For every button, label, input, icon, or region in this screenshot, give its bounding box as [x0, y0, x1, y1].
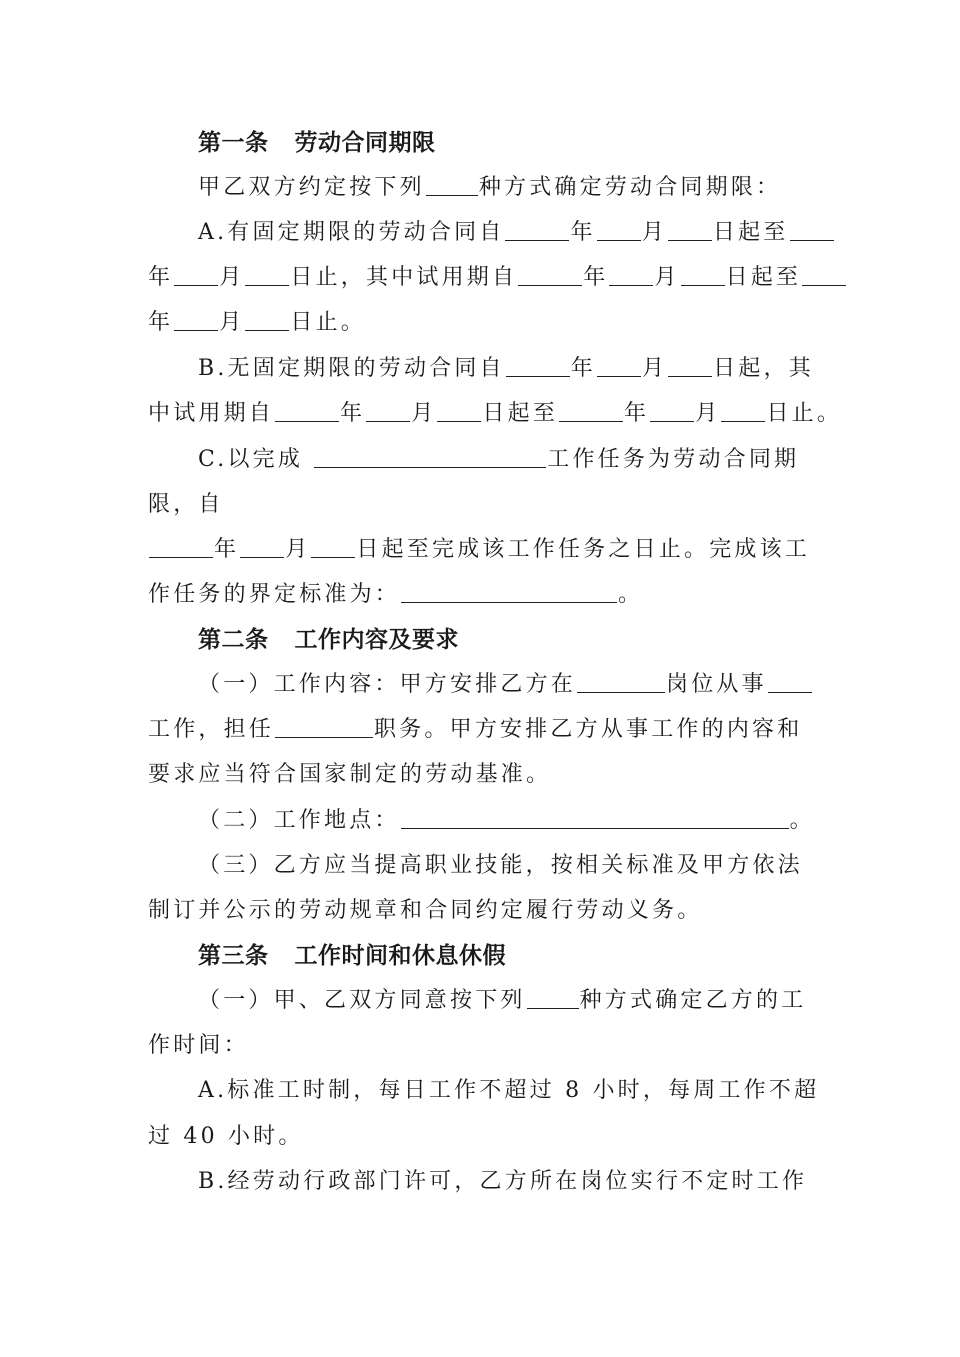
paragraph-line: 过 40 小时。 [148, 1122, 816, 1152]
paragraph-line: （一）甲、乙双方同意按下列种方式确定乙方的工 [198, 986, 816, 1016]
text: 年 [570, 220, 595, 245]
text: 年 [214, 537, 239, 562]
blank-work[interactable] [768, 670, 812, 693]
text: 月 [411, 401, 436, 426]
blank-day[interactable] [437, 399, 481, 422]
blank-year[interactable] [505, 218, 569, 241]
blank-day[interactable] [668, 218, 712, 241]
text: （一）工作内容：甲方安排乙方在 [198, 672, 576, 697]
paragraph-line: 作时间： [148, 1031, 816, 1061]
blank-field[interactable] [426, 173, 478, 196]
text: 年 [583, 265, 608, 290]
text: A.标准工时制，每日工作不超过 8 小时，每周工作不超 [198, 1078, 819, 1103]
text: 。 [790, 808, 815, 833]
blank-day[interactable] [681, 263, 725, 286]
text: 年 [340, 401, 365, 426]
text: 月 [695, 401, 720, 426]
text: 月 [654, 265, 679, 290]
paragraph-line: 年月日止，其中试用期自年月日起至 [148, 263, 816, 293]
text: B.无固定期限的劳动合同自 [198, 356, 505, 381]
blank-day[interactable] [245, 263, 289, 286]
paragraph-line: （三）乙方应当提高职业技能，按相关标准及甲方依法 [198, 851, 816, 881]
blank-field[interactable] [527, 986, 579, 1009]
article-2-heading: 第二条工作内容及要求 [198, 625, 816, 655]
text: 限，自 [148, 492, 224, 517]
paragraph-line: 年月日起至完成该工作任务之日止。完成该工 [148, 535, 816, 565]
text: 岗位从事 [666, 672, 767, 697]
paragraph-line: 中试用期自年月日起至年月日止。 [148, 399, 816, 429]
text: 日起至 [713, 220, 789, 245]
paragraph-line: （二）工作地点：。 [198, 806, 816, 836]
text: 工作任务为劳动合同期 [547, 447, 799, 472]
blank-day[interactable] [668, 354, 712, 377]
paragraph-line: （一）工作内容：甲方安排乙方在岗位从事 [198, 670, 816, 700]
blank-standard[interactable] [401, 580, 617, 603]
blank-month[interactable] [174, 263, 218, 286]
paragraph-line: 甲乙双方约定按下列种方式确定劳动合同期限： [198, 173, 816, 203]
text: 月 [642, 356, 667, 381]
paragraph-line: 年月日止。 [148, 308, 816, 338]
paragraph-line: A.标准工时制，每日工作不超过 8 小时，每周工作不超 [198, 1076, 816, 1106]
blank-location[interactable] [401, 806, 789, 829]
blank-year[interactable] [559, 399, 623, 422]
text: 。 [618, 582, 643, 607]
paragraph-line: A.有固定期限的劳动合同自年月日起至 [198, 218, 816, 248]
text: 日起至 [482, 401, 558, 426]
text: （三）乙方应当提高职业技能，按相关标准及甲方依法 [198, 853, 803, 878]
blank-month[interactable] [650, 399, 694, 422]
blank-month[interactable] [609, 263, 653, 286]
text: 职务。甲方安排乙方从事工作的内容和 [374, 717, 802, 742]
paragraph-line: 工作，担任职务。甲方安排乙方从事工作的内容和 [148, 715, 816, 745]
blank-year[interactable] [790, 218, 834, 241]
text: A.有固定期限的劳动合同自 [198, 220, 504, 245]
blank-month[interactable] [597, 218, 641, 241]
text: 中试用期自 [148, 401, 274, 426]
text: 作任务的界定标准为： [148, 582, 400, 607]
paragraph-line: 要求应当符合国家制定的劳动基准。 [148, 760, 816, 790]
text: 日起，其 [713, 356, 814, 381]
text: 甲乙双方约定按下列 [198, 175, 425, 200]
article-3-heading: 第三条工作时间和休息休假 [198, 941, 816, 971]
article-1-heading: 第一条劳动合同期限 [198, 128, 816, 158]
article-title: 劳动合同期限 [295, 130, 436, 156]
text: 年 [624, 401, 649, 426]
paragraph-line: 限，自 [148, 490, 816, 520]
text: 作时间： [148, 1033, 249, 1058]
text: 月 [642, 220, 667, 245]
text: 日止，其中试用期自 [290, 265, 517, 290]
article-number: 第一条 [198, 130, 269, 156]
blank-year[interactable] [802, 263, 846, 286]
text: 工作，担任 [148, 717, 274, 742]
text: 年 [148, 310, 173, 335]
text: 种方式确定劳动合同期限： [479, 175, 781, 200]
blank-day[interactable] [245, 308, 289, 331]
blank-day[interactable] [311, 535, 355, 558]
article-title: 工作时间和休息休假 [295, 943, 507, 969]
paragraph-line: 作任务的界定标准为：。 [148, 580, 816, 610]
blank-year[interactable] [275, 399, 339, 422]
paragraph-line: B.无固定期限的劳动合同自年月日起，其 [198, 354, 816, 384]
paragraph-line: C.以完成 工作任务为劳动合同期 [198, 445, 816, 475]
document-page: 第一条劳动合同期限 甲乙双方约定按下列种方式确定劳动合同期限： A.有固定期限的… [0, 0, 960, 1357]
article-title: 工作内容及要求 [295, 627, 460, 653]
text: （二）工作地点： [198, 808, 400, 833]
paragraph-line: B.经劳动行政部门许可，乙方所在岗位实行不定时工作 [198, 1167, 816, 1197]
text: 日起至完成该工作任务之日止。完成该工 [356, 537, 810, 562]
text: 种方式确定乙方的工 [580, 988, 807, 1013]
text: 日止。 [766, 401, 842, 426]
blank-day[interactable] [721, 399, 765, 422]
blank-month[interactable] [366, 399, 410, 422]
blank-month[interactable] [240, 535, 284, 558]
paragraph-line: 制订并公示的劳动规章和合同约定履行劳动义务。 [148, 896, 816, 926]
text: 月 [219, 310, 244, 335]
text: 日止。 [290, 310, 366, 335]
article-number: 第三条 [198, 943, 269, 969]
text: 制订并公示的劳动规章和合同约定履行劳动义务。 [148, 898, 702, 923]
text: 日起至 [726, 265, 802, 290]
blank-month[interactable] [174, 308, 218, 331]
blank-year[interactable] [518, 263, 582, 286]
blank-year[interactable] [149, 535, 213, 558]
text: 月 [219, 265, 244, 290]
text: B.经劳动行政部门许可，乙方所在岗位实行不定时工作 [198, 1169, 807, 1194]
blank-month[interactable] [597, 354, 641, 377]
text: （一）甲、乙双方同意按下列 [198, 988, 526, 1013]
blank-year[interactable] [506, 354, 570, 377]
text: 过 40 小时。 [148, 1124, 304, 1149]
text: 年 [571, 356, 596, 381]
text: 要求应当符合国家制定的劳动基准。 [148, 762, 551, 787]
blank-position[interactable] [577, 670, 665, 693]
blank-task[interactable] [314, 445, 546, 468]
article-number: 第二条 [198, 627, 269, 653]
text: 年 [148, 265, 173, 290]
blank-title[interactable] [275, 715, 373, 738]
text: C.以完成 [198, 447, 303, 472]
text: 月 [285, 537, 310, 562]
